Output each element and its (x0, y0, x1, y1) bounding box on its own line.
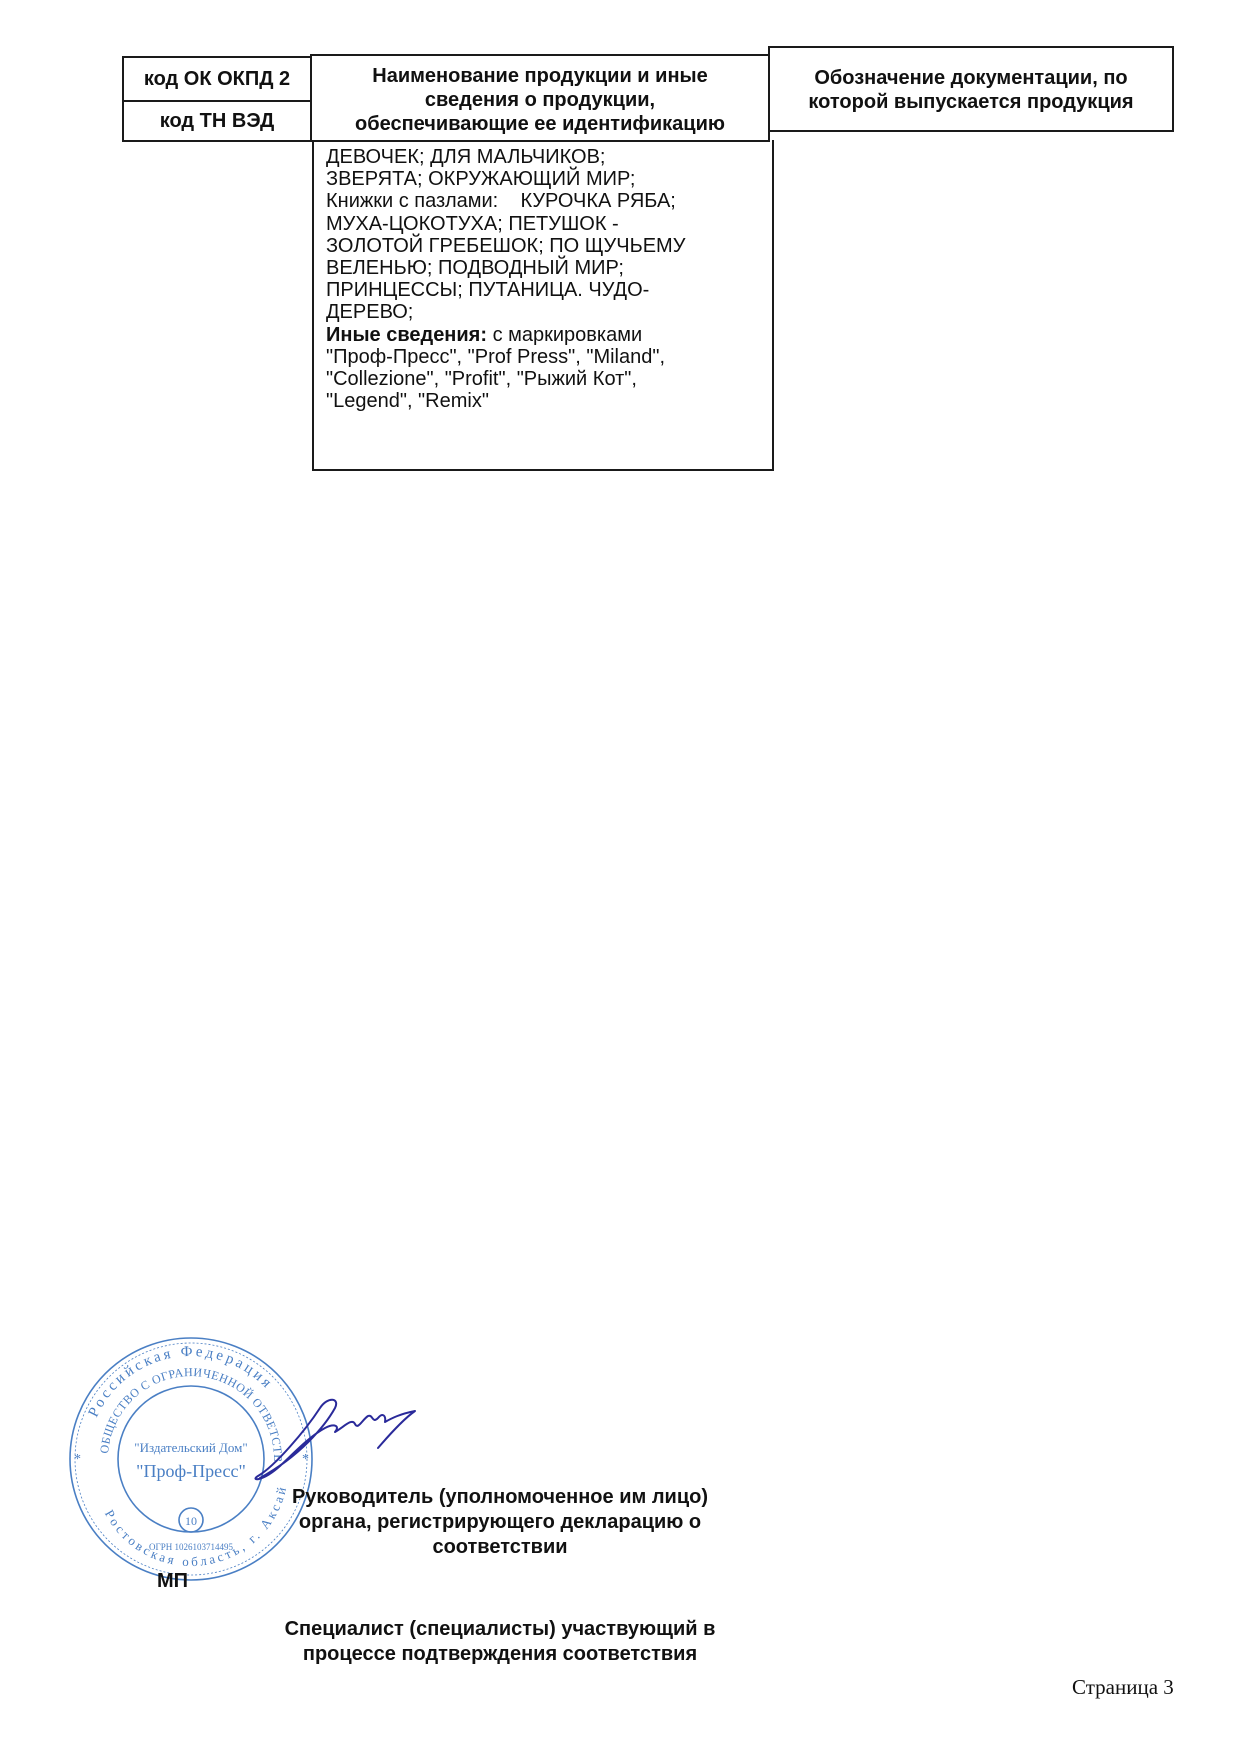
other-info-line: Иные сведения: с маркировками (326, 324, 762, 346)
svg-text:*: * (74, 1452, 81, 1467)
svg-text:"Издательский Дом": "Издательский Дом" (134, 1440, 247, 1455)
other-info-text: с маркировками (487, 324, 642, 346)
header-product-line: обеспечивающие ее идентификацию (312, 112, 768, 136)
header-doc-line: Обозначение документации, по (808, 66, 1133, 90)
svg-text:10: 10 (185, 1514, 197, 1528)
brand-line: "Legend", "Remix" (326, 390, 762, 412)
head-of-body-caption: Руководитель (уполномоченное им лицо) ор… (250, 1485, 750, 1560)
product-line: ДЕВОЧЕК; ДЛЯ МАЛЬЧИКОВ; (326, 146, 762, 168)
header-tnved-label: код ТН ВЭД (160, 109, 275, 133)
caption-line: соответствии (250, 1535, 750, 1560)
header-okpd2-label: код ОК ОКПД 2 (144, 67, 290, 91)
caption-line: процессе подтверждения соответствия (250, 1642, 750, 1667)
product-description-cell: ДЕВОЧЕК; ДЛЯ МАЛЬЧИКОВ; ЗВЕРЯТА; ОКРУЖАЮ… (312, 140, 774, 471)
brand-line: "Collezione", "Profit", "Рыжий Кот", (326, 368, 762, 390)
svg-text:ОГРН 1026103714495: ОГРН 1026103714495 (149, 1542, 233, 1552)
caption-line: Специалист (специалисты) участвующий в (250, 1617, 750, 1642)
other-info-label: Иные сведения: (326, 324, 487, 346)
header-okpd2-code: код ОК ОКПД 2 (122, 56, 312, 102)
page-number: Страница 3 (1072, 1675, 1174, 1700)
header-tnved-code: код ТН ВЭД (122, 100, 312, 142)
header-documentation: Обозначение документации, по которой вып… (768, 46, 1174, 132)
product-line: ДЕРЕВО; (326, 301, 762, 323)
product-line: ЗВЕРЯТА; ОКРУЖАЮЩИЙ МИР; (326, 168, 762, 190)
seal-place-label: МП (157, 1570, 188, 1593)
specialist-caption: Специалист (специалисты) участвующий в п… (250, 1617, 750, 1667)
product-line: ВЕЛЕНЬЮ; ПОДВОДНЫЙ МИР; (326, 257, 762, 279)
product-line: МУХА-ЦОКОТУХА; ПЕТУШОК - (326, 213, 762, 235)
caption-line: Руководитель (уполномоченное им лицо) (250, 1485, 750, 1510)
header-doc-line: которой выпускается продукция (808, 90, 1133, 114)
svg-text:"Проф-Пресс": "Проф-Пресс" (136, 1461, 246, 1481)
header-product-line: Наименование продукции и иные (312, 64, 768, 88)
brand-line: "Проф-Пресс", "Prof Press", "Miland", (326, 346, 762, 368)
caption-line: органа, регистрирующего декларацию о (250, 1510, 750, 1535)
signature-icon (240, 1386, 450, 1486)
header-product-name: Наименование продукции и иные сведения о… (310, 54, 770, 142)
product-line: ЗОЛОТОЙ ГРЕБЕШОК; ПО ЩУЧЬЕМУ (326, 235, 762, 257)
header-product-line: сведения о продукции, (312, 88, 768, 112)
product-line: Книжки с пазлами: КУРОЧКА РЯБА; (326, 190, 762, 212)
product-line: ПРИНЦЕССЫ; ПУТАНИЦА. ЧУДО- (326, 279, 762, 301)
